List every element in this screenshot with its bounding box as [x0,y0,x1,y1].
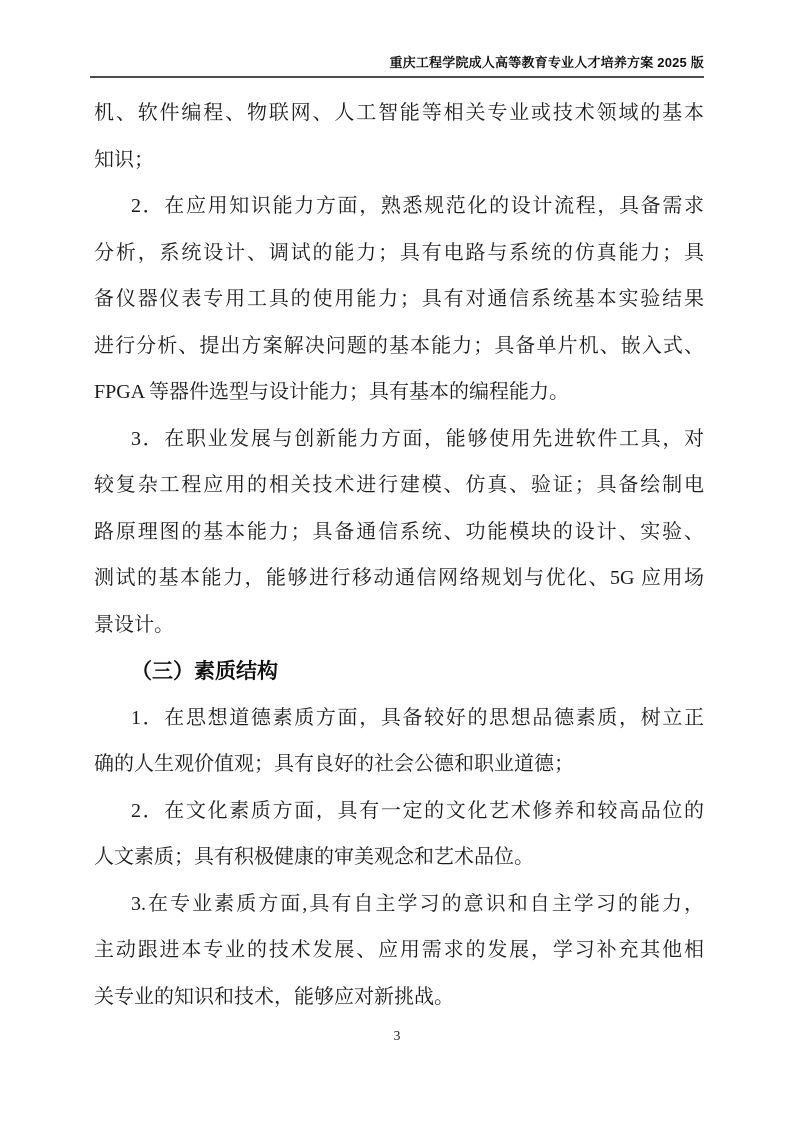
paragraph: 2．在应用知识能力方面，熟悉规范化的设计流程，具备需求分析，系统设计、调试的能力… [94,183,704,416]
document-body: 机、软件编程、物联网、人工智能等相关专业或技术领域的基本知识；2．在应用知识能力… [94,90,704,1020]
text-line: 1．在思想道德素质方面，具备较好的思想品德素质，树立正 [94,695,704,742]
paragraph: 3.在专业素质方面,具有自主学习的意识和自主学习的能力，主动跟进本专业的技术发展… [94,881,704,1021]
text-line: 分析，系统设计、调试的能力；具有电路与系统的仿真能力；具 [94,230,704,277]
text-line: 3.在专业素质方面,具有自主学习的意识和自主学习的能力， [94,881,704,928]
text-line: 3．在职业发展与创新能力方面，能够使用先进软件工具，对 [94,416,704,463]
text-line: 景设计。 [94,602,704,649]
text-line: 人文素质；具有积极健康的审美观念和艺术品位。 [94,834,704,881]
text-line: 2．在文化素质方面，具有一定的文化艺术修养和较高品位的 [94,788,704,835]
text-line: 较复杂工程应用的相关技术进行建模、仿真、验证；具备绘制电 [94,462,704,509]
paragraph: 3．在职业发展与创新能力方面，能够使用先进软件工具，对较复杂工程应用的相关技术进… [94,416,704,649]
text-line: 备仪器仪表专用工具的使用能力；具有对通信系统基本实验结果 [94,276,704,323]
page-number: 3 [394,1028,401,1043]
paragraph: 1．在思想道德素质方面，具备较好的思想品德素质，树立正确的人生观价值观；具有良好… [94,695,704,788]
text-line: 关专业的知识和技术，能够应对新挑战。 [94,974,704,1021]
paragraph: 机、软件编程、物联网、人工智能等相关专业或技术领域的基本知识； [94,90,704,183]
text-line: 确的人生观价值观；具有良好的社会公德和职业道德； [94,741,704,788]
text-line: 测试的基本能力，能够进行移动通信网络规划与优化、5G 应用场 [94,555,704,602]
text-line: 进行分析、提出方案解决问题的基本能力；具备单片机、嵌入式、 [94,323,704,370]
header-divider [90,76,704,78]
section-heading: （三）素质结构 [94,648,704,695]
text-line: 知识； [94,137,704,184]
text-line: 路原理图的基本能力；具备通信系统、功能模块的设计、实验、 [94,509,704,556]
text-line: 2．在应用知识能力方面，熟悉规范化的设计流程，具备需求 [94,183,704,230]
text-line: FPGA 等器件选型与设计能力；具有基本的编程能力。 [94,369,704,416]
text-line: 主动跟进本专业的技术发展、应用需求的发展，学习补充其他相 [94,927,704,974]
document-page: 重庆工程学院成人高等教育专业人才培养方案 2025 版 机、软件编程、物联网、人… [0,0,794,1122]
text-line: 机、软件编程、物联网、人工智能等相关专业或技术领域的基本 [94,90,704,137]
text-line: （三）素质结构 [94,648,704,695]
page-header-title: 重庆工程学院成人高等教育专业人才培养方案 2025 版 [389,54,704,72]
paragraph: 2．在文化素质方面，具有一定的文化艺术修养和较高品位的人文素质；具有积极健康的审… [94,788,704,881]
page-footer: 3 [0,1027,794,1045]
